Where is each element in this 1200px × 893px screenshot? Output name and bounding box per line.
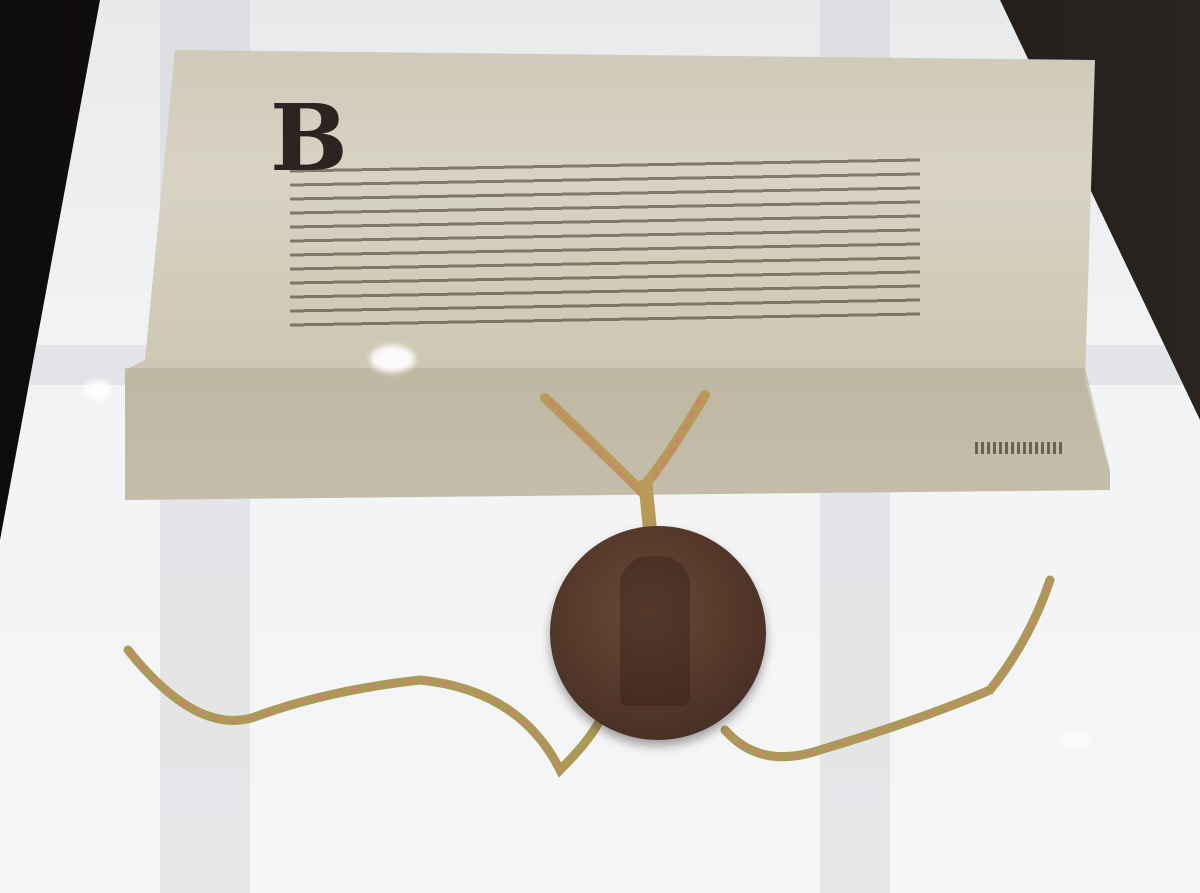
light-glare xyxy=(85,380,111,400)
museum-display-photo: B Medieval parchment charter with hangin… xyxy=(0,0,1200,893)
light-glare xyxy=(1060,730,1090,750)
seal-cords xyxy=(0,0,1200,893)
seal-figure-icon xyxy=(620,556,690,706)
light-glare xyxy=(370,345,415,373)
wax-seal xyxy=(550,526,766,740)
